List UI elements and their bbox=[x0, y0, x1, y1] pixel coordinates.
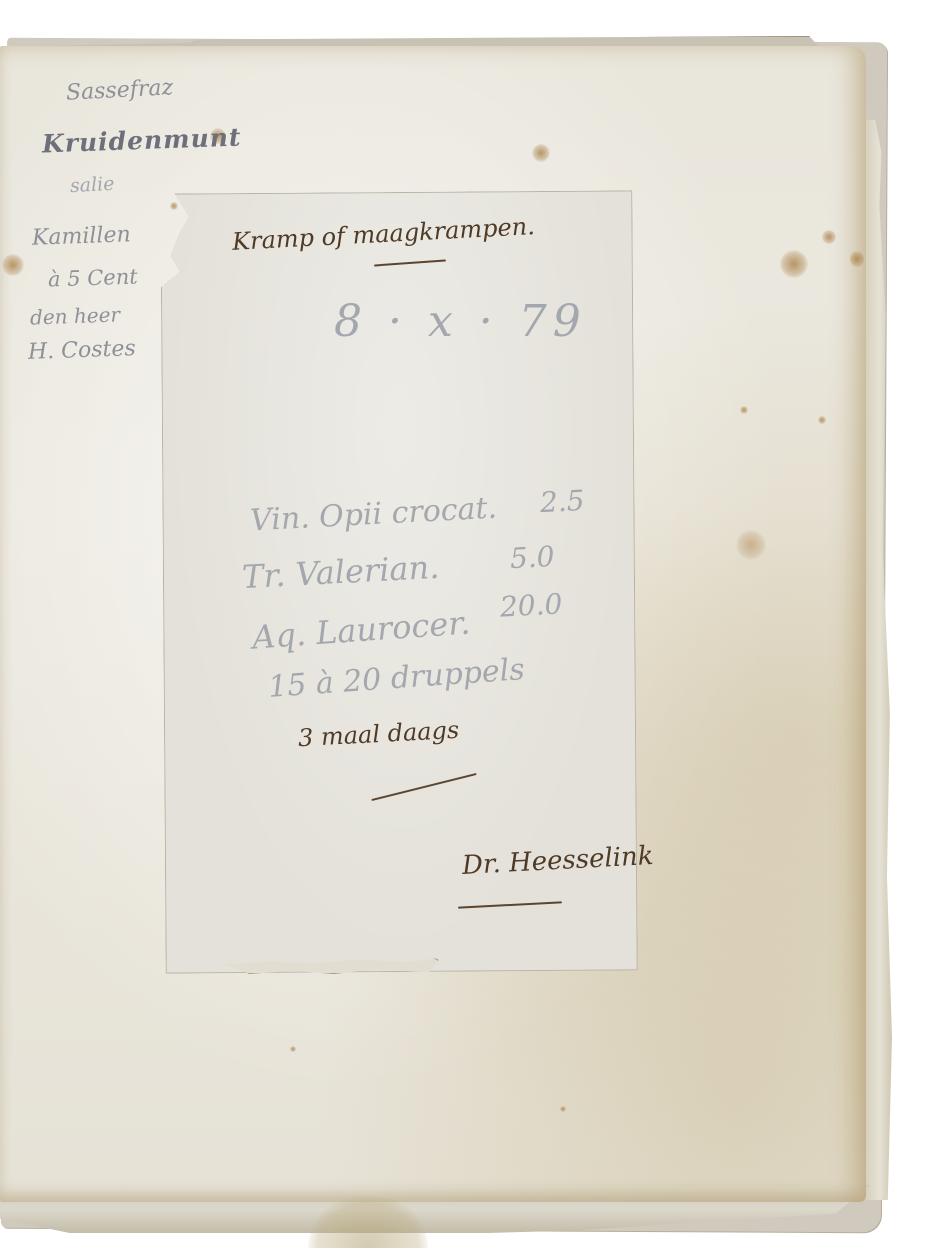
foxing-stain bbox=[822, 230, 836, 244]
foxing-stain bbox=[736, 530, 766, 560]
prescription-item: Tr. Valerian. bbox=[241, 551, 440, 593]
prescription-amount: 5.0 bbox=[509, 543, 555, 573]
foxing-stain bbox=[532, 144, 550, 162]
margin-note-line: H. Costes bbox=[28, 338, 136, 364]
prescription-amount: 20.0 bbox=[499, 590, 563, 621]
document-photo: Sassefraz Kruidenmunt salie Kamillen à 5… bbox=[0, 0, 946, 1260]
prescription-amount: 2.5 bbox=[539, 487, 585, 517]
margin-note-line: Sassefraz bbox=[65, 77, 173, 105]
foxing-stain bbox=[740, 406, 748, 414]
foxing-stain bbox=[170, 202, 178, 210]
margin-note-line: Kamillen bbox=[32, 224, 131, 249]
margin-note-line: den heer bbox=[30, 304, 121, 327]
slip-date: 8 · x · 79 bbox=[334, 300, 587, 344]
margin-note-line: à 5 Cent bbox=[48, 266, 138, 290]
foxing-stain bbox=[850, 250, 864, 268]
margin-note-line: salie bbox=[70, 175, 115, 196]
margin-note-line: Kruidenmunt bbox=[42, 125, 242, 157]
foxing-stain bbox=[780, 250, 808, 278]
foxing-stain bbox=[560, 1106, 566, 1112]
foxing-stain bbox=[290, 1046, 296, 1052]
foxing-stain bbox=[818, 416, 826, 424]
foxing-stain bbox=[2, 254, 24, 276]
